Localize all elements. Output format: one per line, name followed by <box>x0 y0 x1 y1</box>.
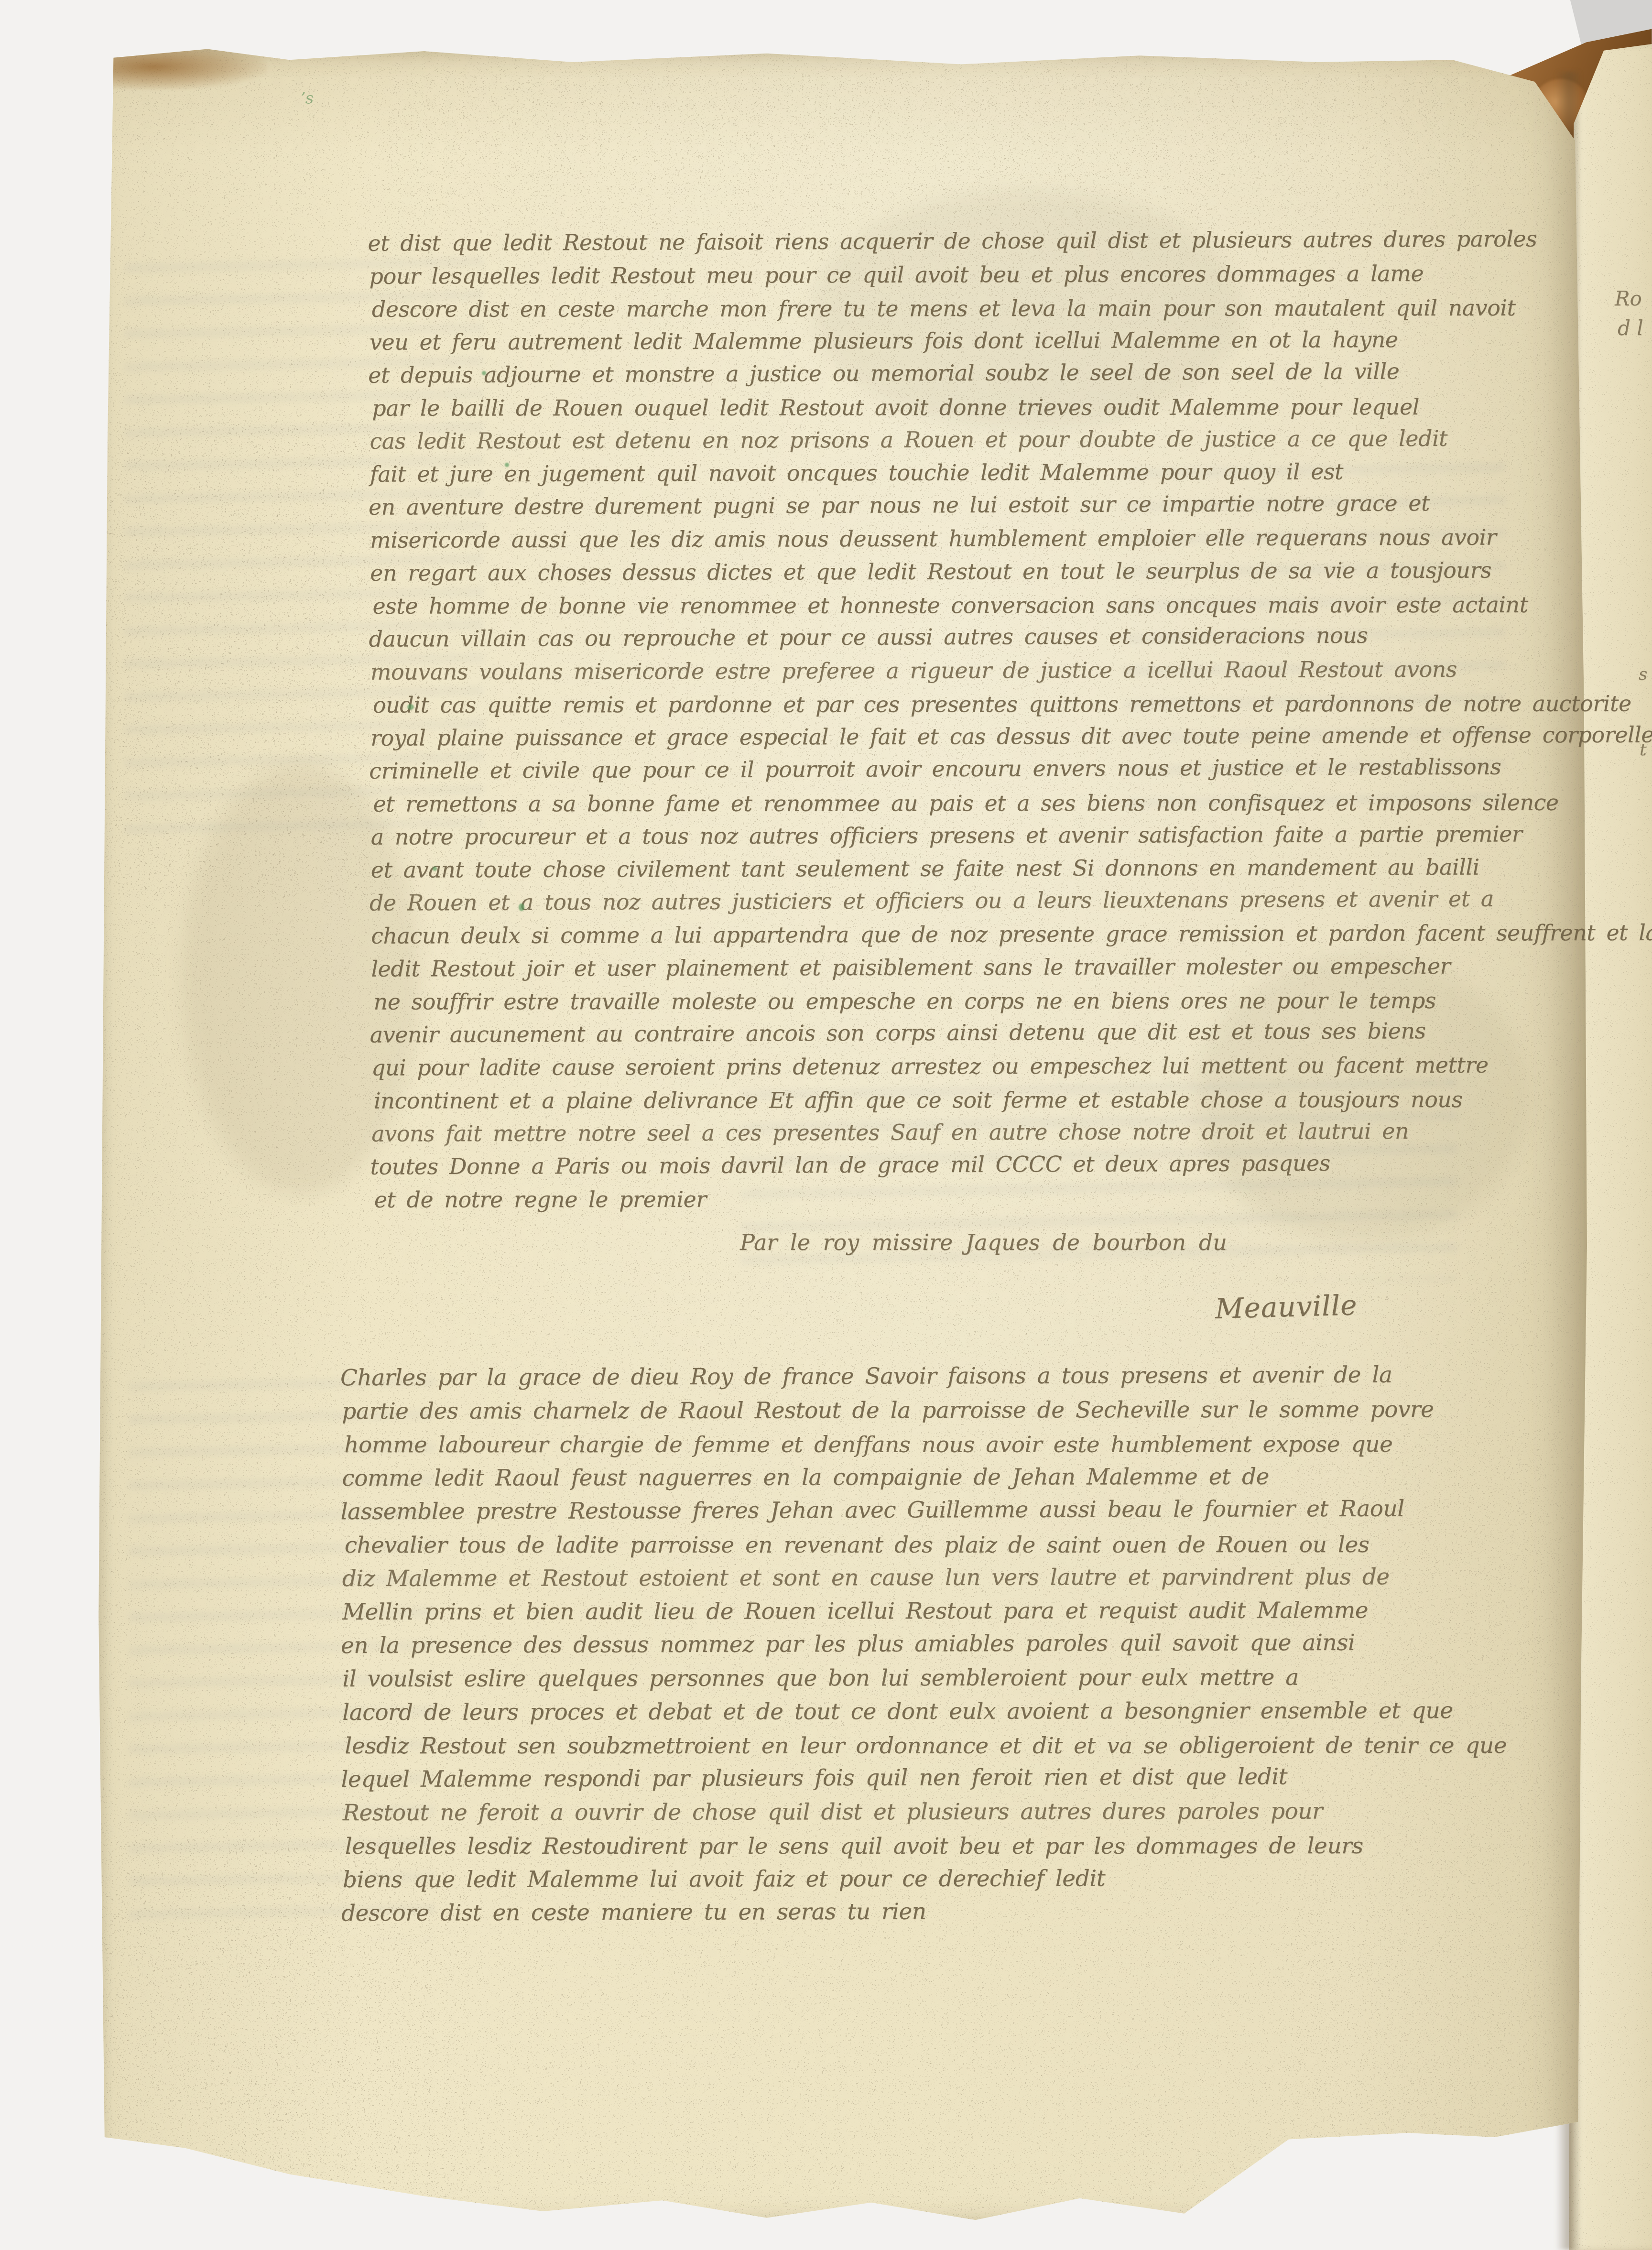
manuscript-line: en la presence des dessus nommez par les… <box>341 1626 1503 1663</box>
manuscript-line: incontinent et a plaine delivrance Et af… <box>374 1083 1652 1117</box>
royal-subscription-line: Par le roy missire Jaques de bourbon du <box>740 1229 1227 1255</box>
manuscript-line: en aventure destre durement pugni se par… <box>369 486 1652 524</box>
manuscript-line: fait et jure en jugement quil navoit onc… <box>370 454 1652 490</box>
manuscript-line: et de notre regne le premier <box>374 1182 1652 1216</box>
manuscript-line: misericorde aussi que les diz amis nous … <box>370 520 1652 556</box>
manuscript-line: il voulsist eslire quelques personnes qu… <box>342 1661 1504 1696</box>
manuscript-line: ledit Restout joir et user plainement et… <box>371 949 1652 985</box>
manuscript-line: veu et feru autrement ledit Malemme plus… <box>370 322 1652 359</box>
manuscript-line: toutes Donne a Paris ou mois davril lan … <box>370 1145 1652 1184</box>
manuscript-line: chevalier tous de ladite parroisse en re… <box>345 1528 1507 1562</box>
manuscript-line: qui pour ladite cause seroient prins det… <box>371 1048 1652 1084</box>
text-block-lower: Charles par la grace de dieu Roy de fran… <box>342 1359 1505 1930</box>
manuscript-line: a notre procureur et a tous noz autres o… <box>371 817 1652 853</box>
manuscript-line: cas ledit Restout est detenu en noz pris… <box>370 421 1652 457</box>
manuscript-line: Charles par la grace de dieu Roy de fran… <box>340 1358 1502 1395</box>
manuscript-line: chacun deulx si comme a lui appartendra … <box>371 916 1652 952</box>
margin-mark: ʼs <box>300 89 314 108</box>
manuscript-line: en regart aux choses dessus dictes et qu… <box>370 553 1652 589</box>
manuscript-line: et dist que ledit Restout ne faisoit rie… <box>368 222 1652 260</box>
manuscript-line: royal plaine puissance et grace especial… <box>370 718 1652 754</box>
manuscript-line: descore dist en ceste marche mon frere t… <box>372 291 1652 326</box>
manuscript-line: et depuis adjourne et monstre a justice … <box>368 354 1652 392</box>
green-pigment-speck <box>505 463 509 467</box>
manuscript-line: ne souffrir estre travaille moleste ou e… <box>373 984 1652 1018</box>
manuscript-line: de Rouen et a tous noz autres justiciers… <box>370 881 1652 920</box>
manuscript-line: lesdiz Restout sen soubzmettroient en le… <box>345 1729 1507 1763</box>
green-pigment-speck <box>433 867 437 871</box>
manuscript-line: criminelle et civile que pour ce il pour… <box>369 750 1652 788</box>
manuscript-line: Mellin prins et bien audit lieu de Rouen… <box>342 1594 1504 1629</box>
manuscript-line: Restout ne feroit a ouvrir de chose quil… <box>343 1794 1505 1830</box>
manuscript-line: daucun villain cas ou reprouche et pour … <box>369 618 1652 656</box>
manuscript-line: comme ledit Raoul feust naguerres en la … <box>342 1460 1504 1495</box>
text-block-upper: et dist que ledit Restout ne faisoit rie… <box>369 223 1652 1216</box>
manuscript-line: lassemblee prestre Restousse freres Jeha… <box>340 1492 1502 1529</box>
manuscript-line: lequel Malemme respondi par plusieurs fo… <box>341 1760 1503 1796</box>
corner-stain <box>109 48 267 90</box>
manuscript-line: avenir aucunement au contraire ancois so… <box>370 1013 1652 1052</box>
manuscript-line: et remettons a sa bonne fame et renommee… <box>373 786 1652 820</box>
manuscript-line: oudit cas quitte remis et pardonne et pa… <box>373 687 1652 721</box>
manuscript-line: biens que ledit Malemme lui avoit faiz e… <box>343 1861 1505 1897</box>
manuscript-line: descore dist en ceste maniere tu en sera… <box>341 1893 1503 1930</box>
manuscript-line: et avant toute chose civilement tant seu… <box>371 850 1652 886</box>
manuscript-line: avons fait mettre notre seel a ces prese… <box>371 1114 1652 1150</box>
green-pigment-speck <box>407 704 414 710</box>
manuscript-photo: Ro d l s t et dist que ledit Restout ne … <box>0 0 1652 2250</box>
manuscript-line: pour lesquelles ledit Restout meu pour c… <box>369 256 1652 293</box>
secretary-signature: Meauville <box>1215 1289 1358 1325</box>
manuscript-line: lacord de leurs proces et debat et de to… <box>342 1694 1504 1729</box>
manuscript-line: par le bailli de Rouen ouquel ledit Rest… <box>372 390 1652 424</box>
manuscript-line: lesquelles lesdiz Restoudirent par le se… <box>345 1829 1507 1863</box>
manuscript-line: homme laboureur chargie de femme et denf… <box>344 1428 1506 1462</box>
manuscript-line: este homme de bonne vie renommee et honn… <box>372 588 1652 622</box>
manuscript-line: diz Malemme et Restout estoient et sont … <box>342 1560 1504 1596</box>
manuscript-line: partie des amis charnelz de Raoul Restou… <box>342 1393 1504 1428</box>
green-pigment-speck <box>482 371 486 375</box>
manuscript-line: mouvans voulans misericorde estre prefer… <box>370 652 1652 688</box>
green-pigment-speck <box>519 903 524 911</box>
